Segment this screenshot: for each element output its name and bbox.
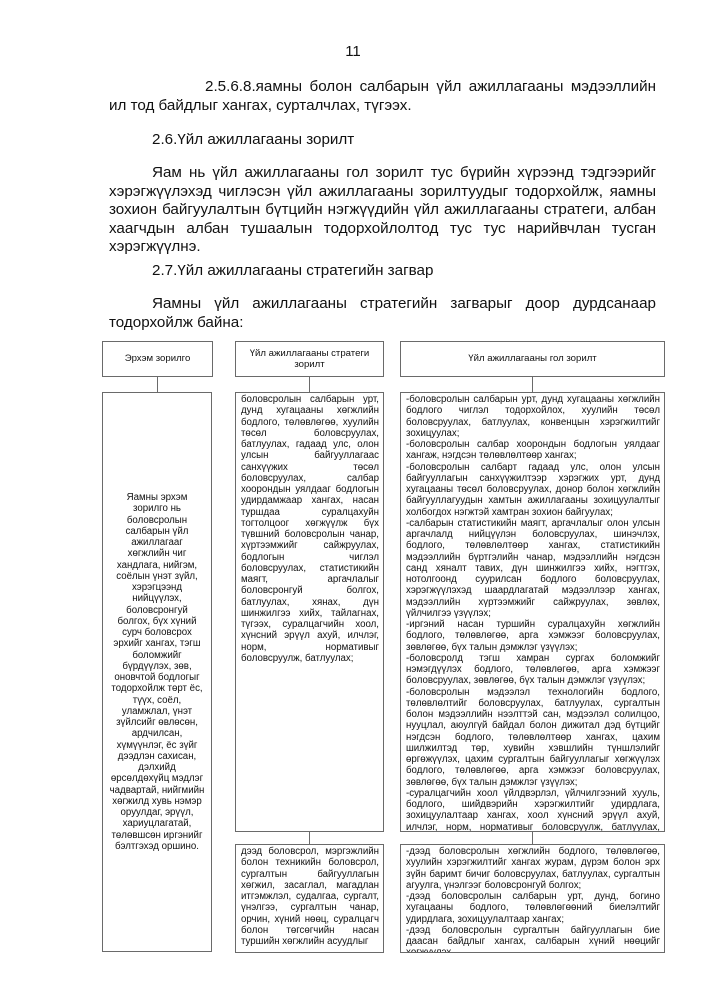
header-mission: Эрхэм зорилго: [102, 341, 213, 377]
main-objective-item: -боловсролын салбарын урт, дунд хугацаан…: [406, 394, 660, 439]
main-objective-item: -иргэний насан туршийн суралцахуйн хөгжл…: [406, 619, 660, 653]
strategy-box-2: дээд боловсрол, мэргэжлийн болон техники…: [235, 844, 384, 953]
connector-line: [309, 832, 310, 844]
paragraph-2-5-6-8: 2.5.6.8.яамны болон салбарын үйл ажиллаг…: [109, 78, 656, 115]
main-objective-box-1: -боловсролын салбарын урт, дунд хугацаан…: [400, 392, 665, 832]
header-main-objective-label: Үйл ажиллагааны гол зорилт: [468, 353, 596, 365]
mission-box: Яамны эрхэм зорилго нь боловсролын салба…: [102, 392, 212, 952]
main-objective-item: -дээд боловсролын салбарын урт, дунд, бо…: [406, 891, 660, 925]
header-mission-label: Эрхэм зорилго: [125, 353, 191, 365]
paragraph-2-7: Яамны үйл ажиллагааны стратегийн загвары…: [109, 295, 656, 332]
strategy-text-1: боловсролын салбарын урт, дунд хугацааны…: [241, 394, 379, 664]
page-number: 11: [0, 43, 706, 60]
header-strategic-objective-label: Үйл ажиллагааны стратеги зорилт: [242, 348, 377, 371]
main-objective-item: -суралцагчийн хоол үйлдвэрлэл, үйлчилгээ…: [406, 788, 660, 832]
header-main-objective: Үйл ажиллагааны гол зорилт: [400, 341, 665, 377]
main-objective-box-2: -дээд боловсролын хөгжлийн бодлого, төлө…: [400, 844, 665, 953]
main-objective-item: -дээд боловсролын сургалтын байгууллагын…: [406, 925, 660, 953]
connector-line: [157, 377, 158, 392]
paragraph-2-6: Яам нь үйл ажиллагааны гол зорилт тус бү…: [109, 164, 656, 257]
mission-text: Яамны эрхэм зорилго нь боловсролын салба…: [109, 492, 205, 852]
header-strategic-objective: Үйл ажиллагааны стратеги зорилт: [235, 341, 384, 377]
main-objective-item: -дээд боловсролын хөгжлийн бодлого, төлө…: [406, 846, 660, 891]
main-objective-item: -боловсролын мэдээлэл технологийн бодлог…: [406, 687, 660, 788]
connector-line: [532, 377, 533, 392]
connector-line: [309, 377, 310, 392]
strategy-box-1: боловсролын салбарын урт, дунд хугацааны…: [235, 392, 384, 832]
section-heading-2-6: 2.6.Үйл ажиллагааны зорилт: [152, 131, 354, 150]
main-objective-item: -салбарын статистикийн маягт, аргачлалыг…: [406, 518, 660, 619]
main-objective-item: -боловсролын салбар хоорондын бодлогын у…: [406, 439, 660, 462]
strategy-text-2: дээд боловсрол, мэргэжлийн болон техники…: [241, 846, 379, 947]
section-heading-2-7: 2.7.Үйл ажиллагааны стратегийн загвар: [152, 262, 433, 281]
connector-line: [532, 832, 533, 844]
main-objective-item: -боловсролын салбарт гадаад улс, олон ул…: [406, 462, 660, 518]
main-objective-item: -боловсролд тэгш хамран сургах боломжийг…: [406, 653, 660, 687]
